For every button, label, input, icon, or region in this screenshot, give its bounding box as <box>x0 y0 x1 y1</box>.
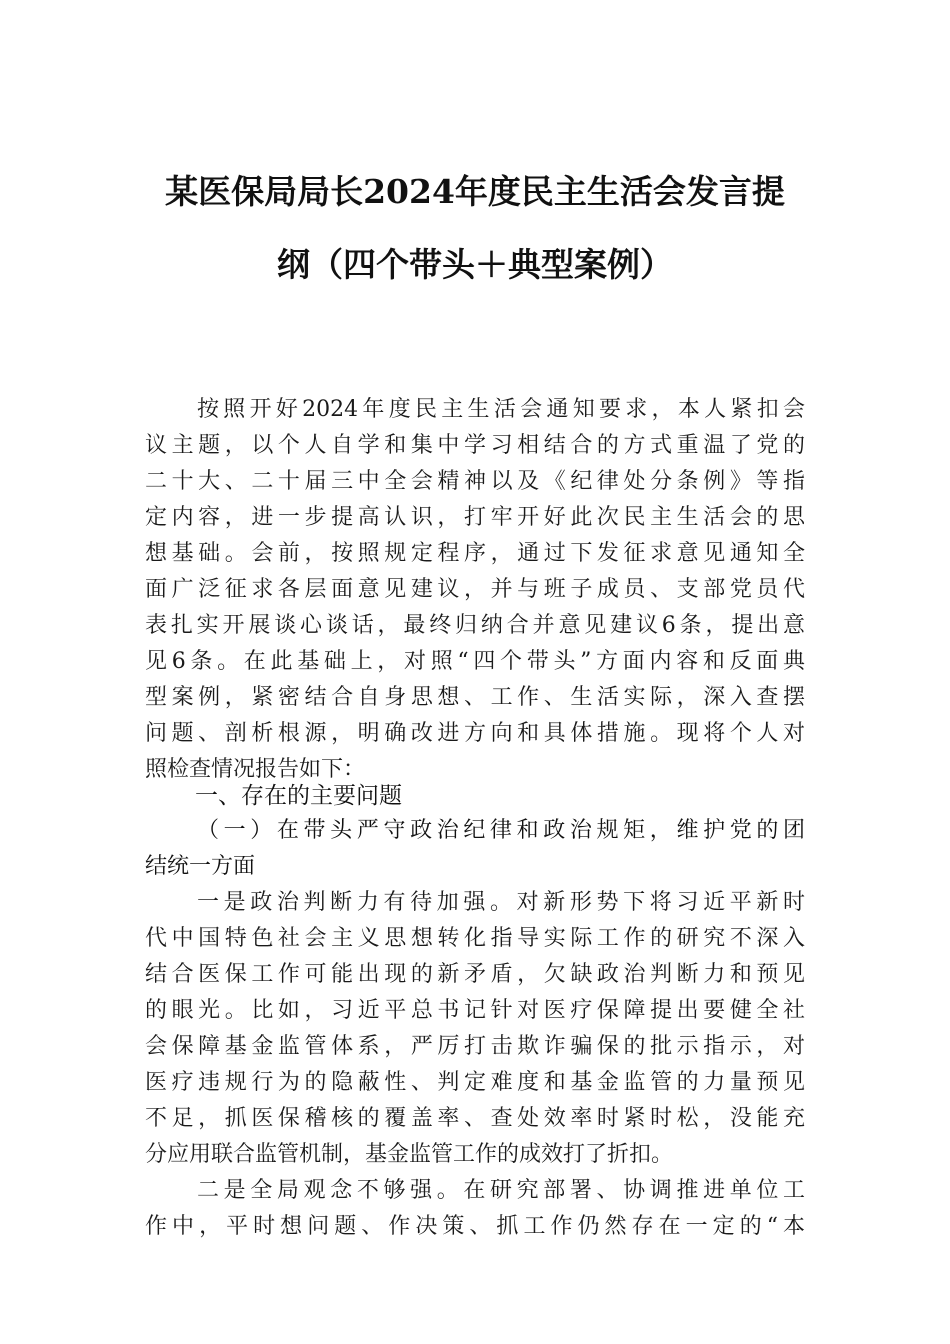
intro-line: 二十大、二十届三中全会精神以及《纪律处分条例》等指 <box>145 464 805 500</box>
document-page: 某医保局局长2024年度民主生活会发言提 纲（四个带头＋典型案例） 按照开好20… <box>0 0 950 1344</box>
intro-line: 想基础。会前，按照规定程序，通过下发征求意见通知全 <box>145 536 805 572</box>
point-one-line: 分应用联合监管机制，基金监管工作的成效打了折扣。 <box>145 1137 805 1173</box>
intro-line: 议主题，以个人自学和集中学习相结合的方式重温了党的 <box>145 428 805 464</box>
point-one-line: 的眼光。比如，习近平总书记针对医疗保障提出要健全社 <box>145 993 805 1029</box>
subsection-heading-line: （一）在带头严守政治纪律和政治规矩，维护党的团 <box>197 813 805 849</box>
intro-line: 问题、剖析根源，明确改进方向和具体措施。现将个人对 <box>145 716 805 752</box>
section-heading: 一、存在的主要问题 <box>195 778 805 814</box>
point-one-line: 不足，抓医保稽核的覆盖率、查处效率时紧时松，没能充 <box>145 1101 805 1137</box>
point-one-line: 代中国特色社会主义思想转化指导实际工作的研究不深入 <box>145 921 805 957</box>
point-one-line: 医疗违规行为的隐蔽性、判定难度和基金监管的力量预见 <box>145 1065 805 1101</box>
intro-line: 型案例，紧密结合自身思想、工作、生活实际，深入查摆 <box>145 680 805 716</box>
document-title-line-2: 纲（四个带头＋典型案例） <box>0 245 950 285</box>
document-title-line-1: 某医保局局长2024年度民主生活会发言提 <box>0 172 950 212</box>
point-one-line: 会保障基金监管体系，严厉打击欺诈骗保的批示指示，对 <box>145 1029 805 1065</box>
point-two-line: 二是全局观念不够强。在研究部署、协调推进单位工 <box>197 1173 805 1209</box>
subsection-heading-line: 结统一方面 <box>145 849 805 885</box>
point-one-line: 一是政治判断力有待加强。对新形势下将习近平新时 <box>197 885 805 921</box>
intro-line: 按照开好2024年度民主生活会通知要求，本人紧扣会 <box>197 392 805 428</box>
intro-line: 见6条。在此基础上，对照“四个带头”方面内容和反面典 <box>145 644 805 680</box>
point-two-line: 作中，平时想问题、作决策、抓工作仍然存在一定的“本 <box>145 1209 805 1245</box>
point-one-line: 结合医保工作可能出现的新矛盾，欠缺政治判断力和预见 <box>145 957 805 993</box>
intro-line: 表扎实开展谈心谈话，最终归纳合并意见建议6条，提出意 <box>145 608 805 644</box>
intro-line: 面广泛征求各层面意见建议，并与班子成员、支部党员代 <box>145 572 805 608</box>
intro-line: 定内容，进一步提高认识，打牢开好此次民主生活会的思 <box>145 500 805 536</box>
